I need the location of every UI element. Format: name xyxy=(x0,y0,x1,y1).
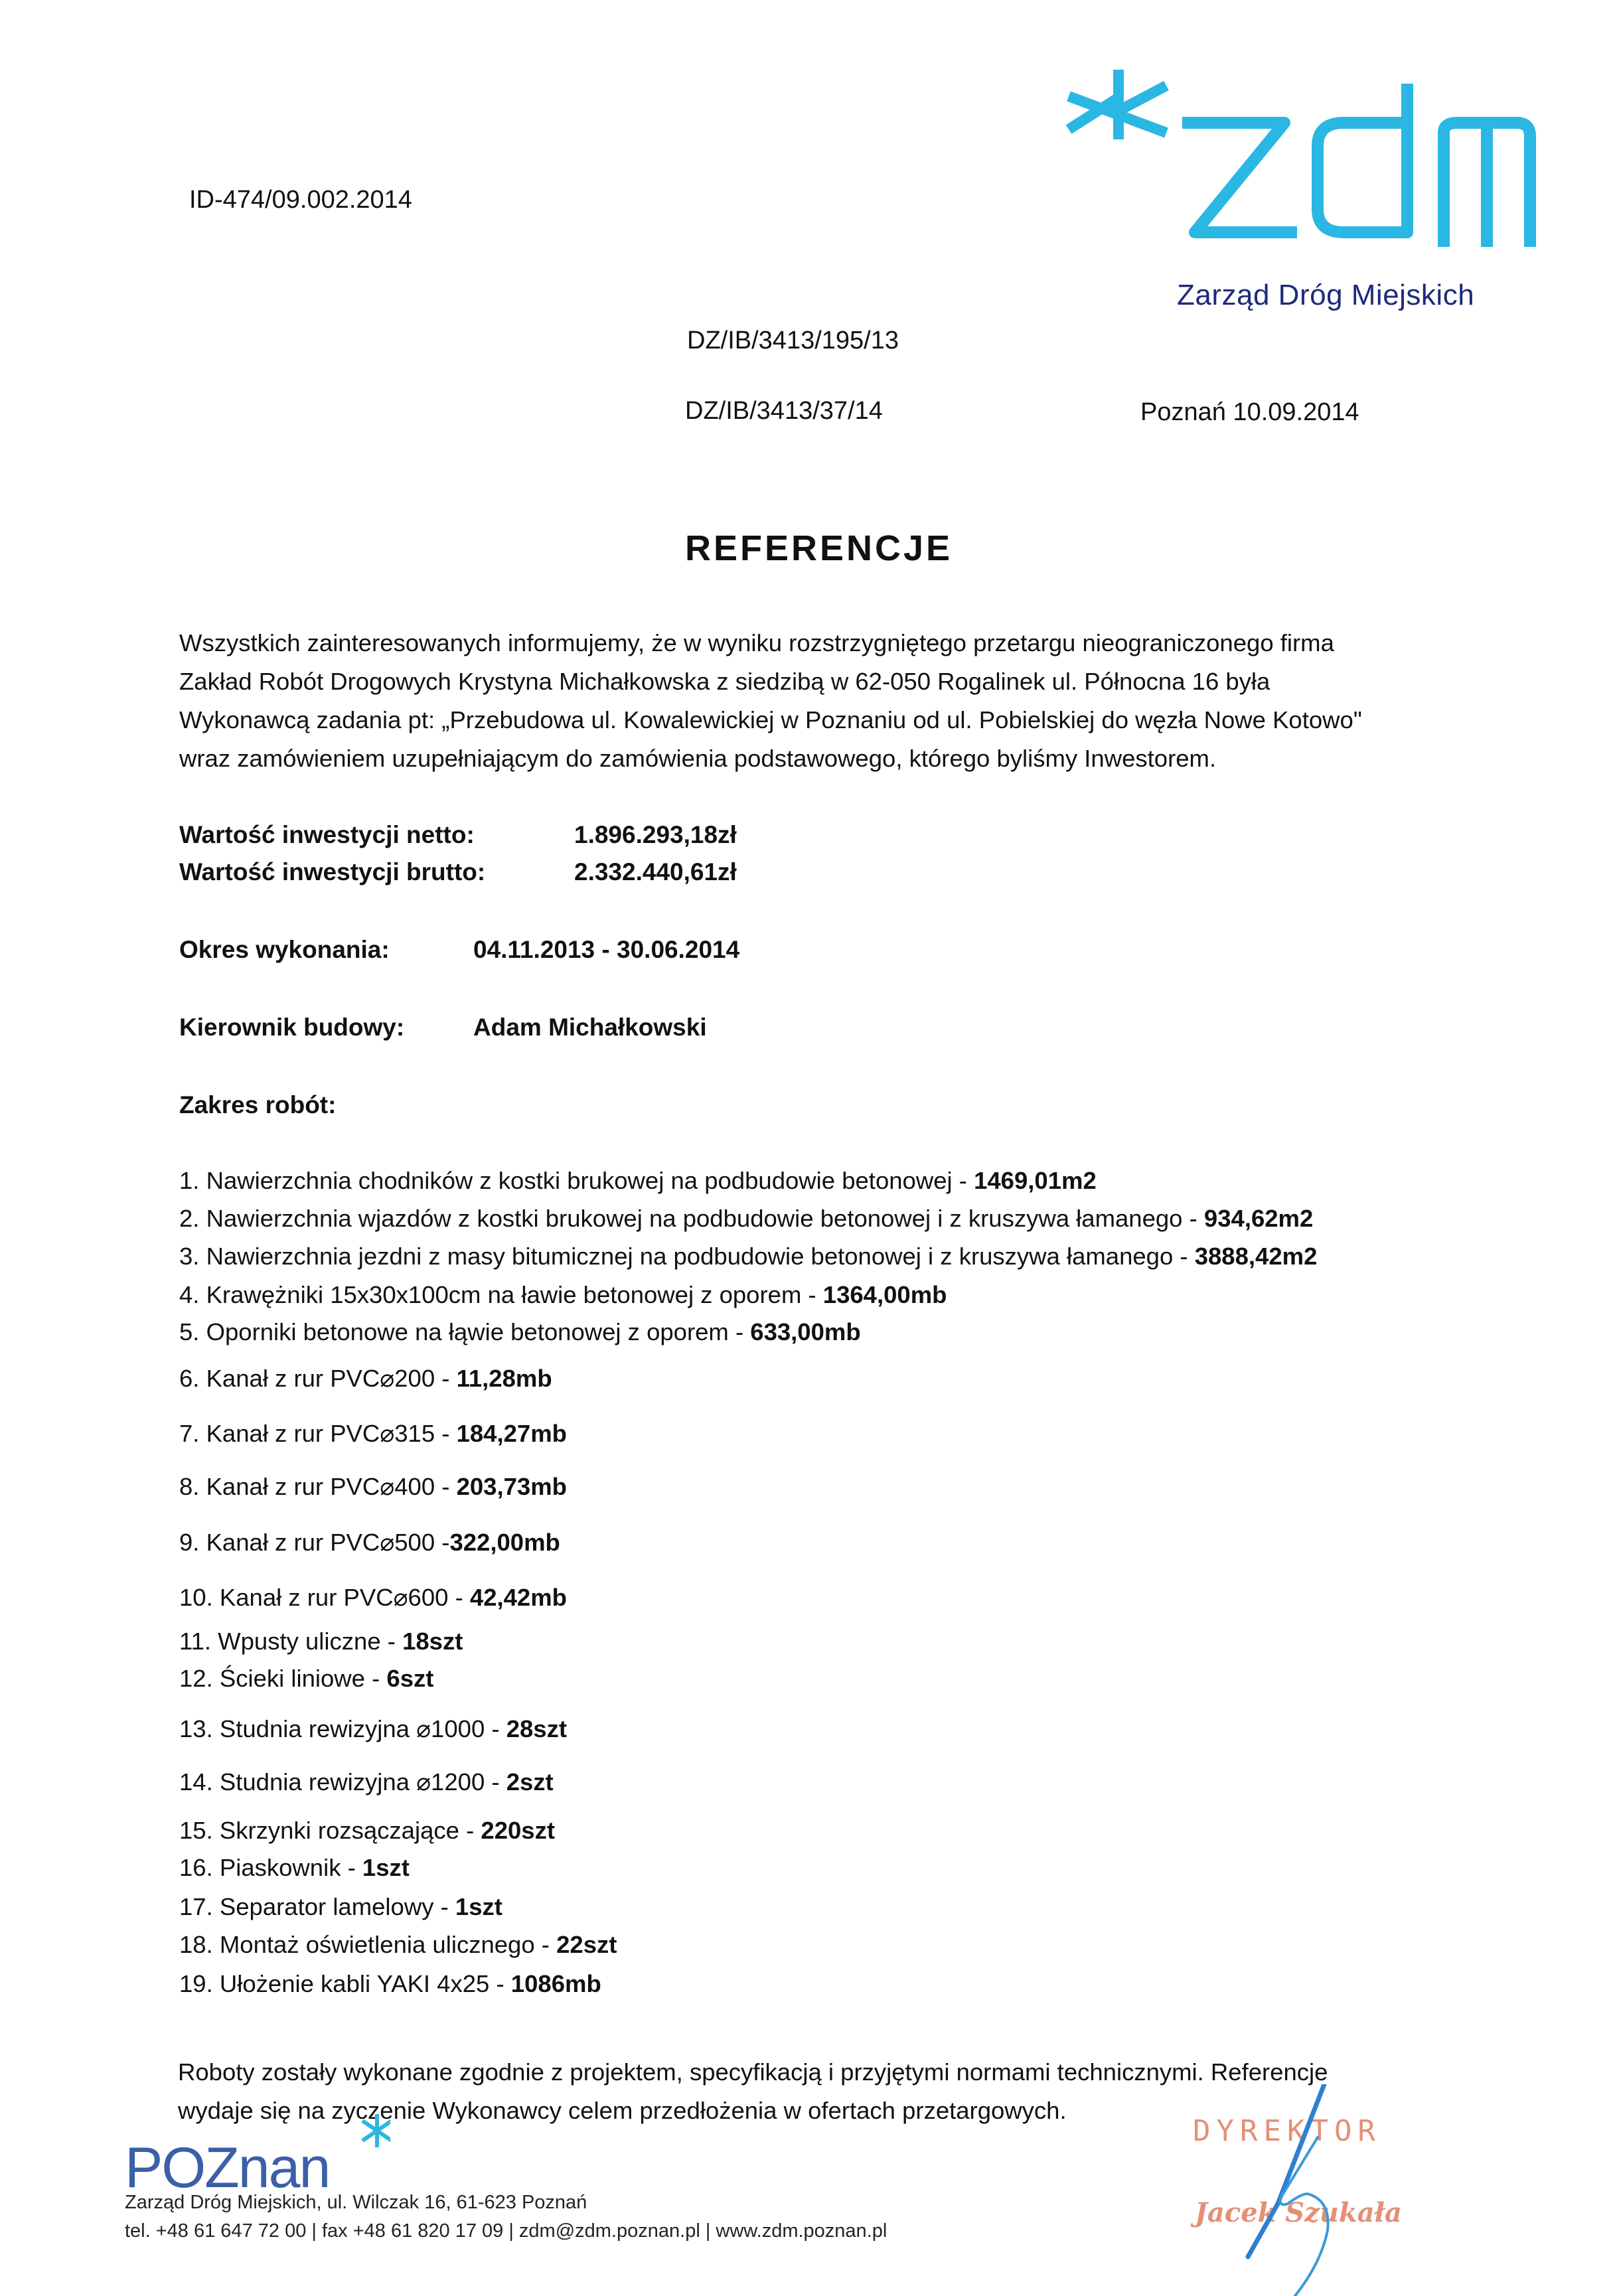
scope-item-text: 18. Montaż oświetlenia ulicznego - xyxy=(179,1931,556,1958)
intro-line: wraz zamówieniem uzupełniającym do zamów… xyxy=(179,739,1440,778)
intro-paragraph: Wszystkich zainteresowanych informujemy,… xyxy=(179,624,1440,778)
poznan-city-logo: POZnan xyxy=(125,2114,390,2194)
scope-item-text: 17. Separator lamelowy - xyxy=(179,1893,455,1920)
scope-item-text: 19. Ułożenie kabli YAKI 4x25 - xyxy=(179,1970,511,1997)
scope-item-text: 5. Oporniki betonowe na łąwie betonowej … xyxy=(179,1318,750,1345)
scope-item-quantity: 11,28mb xyxy=(457,1365,552,1392)
scope-item-quantity: 28szt xyxy=(506,1715,567,1742)
scope-item: 6. Kanał z rur PVC⌀200 - 11,28mb xyxy=(179,1364,552,1393)
scope-item-text: 15. Skrzynki rozsączające - xyxy=(179,1817,481,1844)
scope-item: 11. Wpusty uliczne - 18szt xyxy=(179,1628,463,1655)
intro-line: Zakład Robót Drogowych Krystyna Michałko… xyxy=(179,662,1440,701)
scope-item-text: 12. Ścieki liniowe - xyxy=(179,1665,386,1692)
scope-item-text: 2. Nawierzchnia wjazdów z kostki brukowe… xyxy=(179,1205,1204,1232)
scope-item-quantity: 18szt xyxy=(402,1628,463,1655)
scope-item: 19. Ułożenie kabli YAKI 4x25 - 1086mb xyxy=(179,1970,601,1998)
scope-item: 5. Oporniki betonowe na łąwie betonowej … xyxy=(179,1318,861,1346)
period-value: 04.11.2013 - 30.06.2014 xyxy=(473,936,739,964)
scope-item-text: 13. Studnia rewizyjna ⌀1000 - xyxy=(179,1715,506,1742)
zdm-logo xyxy=(1065,70,1537,249)
scope-item: 1. Nawierzchnia chodników z kostki bruko… xyxy=(179,1167,1097,1195)
signature xyxy=(1221,2084,1354,2296)
scope-item: 16. Piaskownik - 1szt xyxy=(179,1854,410,1882)
scope-item-quantity: 1szt xyxy=(455,1893,502,1920)
scope-item: 17. Separator lamelowy - 1szt xyxy=(179,1893,502,1921)
scope-item: 10. Kanał z rur PVC⌀600 - 42,42mb xyxy=(179,1583,567,1612)
scope-item-quantity: 934,62m2 xyxy=(1204,1205,1313,1232)
brutto-value: 2.332.440,61zł xyxy=(574,858,737,886)
scope-item-quantity: 1086mb xyxy=(511,1970,601,1997)
intro-line: Wszystkich zainteresowanych informujemy,… xyxy=(179,624,1440,662)
place-date: Poznań 10.09.2014 xyxy=(1140,398,1359,427)
scope-item-quantity: 2szt xyxy=(506,1768,554,1796)
scope-item: 14. Studnia rewizyjna ⌀1200 - 2szt xyxy=(179,1768,554,1796)
reference-number: DZ/IB/3413/37/14 xyxy=(685,397,883,425)
period-label: Okres wykonania: xyxy=(179,936,390,964)
svg-text:POZnan: POZnan xyxy=(125,2136,329,2194)
footer-address: Zarząd Dróg Miejskich, ul. Wilczak 16, 6… xyxy=(125,2192,587,2214)
scope-item-quantity: 1szt xyxy=(362,1854,410,1881)
asterisk-icon xyxy=(362,2114,390,2147)
scope-item-text: 1. Nawierzchnia chodników z kostki bruko… xyxy=(179,1167,974,1194)
scope-item: 7. Kanał z rur PVC⌀315 - 184,27mb xyxy=(179,1419,567,1448)
scope-item-quantity: 633,00mb xyxy=(750,1318,860,1345)
scope-item-text: 7. Kanał z rur PVC⌀315 - xyxy=(179,1420,457,1447)
scope-item: 12. Ścieki liniowe - 6szt xyxy=(179,1665,433,1693)
manager-value: Adam Michałkowski xyxy=(473,1014,707,1041)
scope-item-quantity: 322,00mb xyxy=(449,1529,560,1556)
scope-item-quantity: 203,73mb xyxy=(457,1473,567,1500)
scope-item-quantity: 1364,00mb xyxy=(823,1281,947,1308)
document-title: REFERENCJE xyxy=(685,528,953,569)
scope-item-quantity: 42,42mb xyxy=(470,1584,567,1611)
asterisk-icon xyxy=(1069,70,1166,139)
brutto-label: Wartość inwestycji brutto: xyxy=(179,858,485,886)
scope-item-quantity: 22szt xyxy=(556,1931,617,1958)
manager-label: Kierownik budowy: xyxy=(179,1014,404,1041)
scope-item-text: 4. Krawężniki 15x30x100cm na ławie beton… xyxy=(179,1281,823,1308)
logo-subtitle: Zarząd Dróg Miejskich xyxy=(1177,279,1474,312)
footer-contact: tel. +48 61 647 72 00 | fax +48 61 820 1… xyxy=(125,2220,887,2242)
scope-item: 13. Studnia rewizyjna ⌀1000 - 28szt xyxy=(179,1715,567,1743)
scope-item-text: 3. Nawierzchnia jezdni z masy bitumiczne… xyxy=(179,1243,1195,1270)
scope-item-quantity: 3888,42m2 xyxy=(1195,1243,1318,1270)
scope-item-text: 9. Kanał z rur PVC⌀500 - xyxy=(179,1529,449,1556)
scope-item: 3. Nawierzchnia jezdni z masy bitumiczne… xyxy=(179,1243,1317,1270)
scope-item: 2. Nawierzchnia wjazdów z kostki brukowe… xyxy=(179,1205,1313,1233)
scope-item-quantity: 6szt xyxy=(386,1665,433,1692)
netto-value: 1.896.293,18zł xyxy=(574,821,737,849)
scope-item-text: 10. Kanał z rur PVC⌀600 - xyxy=(179,1584,470,1611)
scope-item-text: 16. Piaskownik - xyxy=(179,1854,362,1881)
scope-item: 15. Skrzynki rozsączające - 220szt xyxy=(179,1817,555,1845)
scope-item: 18. Montaż oświetlenia ulicznego - 22szt xyxy=(179,1931,617,1959)
netto-label: Wartość inwestycji netto: xyxy=(179,821,475,849)
reference-number: DZ/IB/3413/195/13 xyxy=(687,327,899,355)
scope-item-text: 11. Wpusty uliczne - xyxy=(179,1628,402,1655)
scope-item-quantity: 184,27mb xyxy=(457,1420,567,1447)
scope-item-text: 8. Kanał z rur PVC⌀400 - xyxy=(179,1473,457,1500)
document-id: ID-474/09.002.2014 xyxy=(189,186,412,214)
scope-item-quantity: 1469,01m2 xyxy=(974,1167,1097,1194)
scope-label: Zakres robót: xyxy=(179,1091,336,1119)
scope-item-text: 14. Studnia rewizyjna ⌀1200 - xyxy=(179,1768,506,1796)
scope-item: 4. Krawężniki 15x30x100cm na ławie beton… xyxy=(179,1281,947,1309)
scope-item-text: 6. Kanał z rur PVC⌀200 - xyxy=(179,1365,457,1392)
scope-item: 9. Kanał z rur PVC⌀500 -322,00mb xyxy=(179,1528,560,1557)
scope-item-quantity: 220szt xyxy=(481,1817,555,1844)
scope-item: 8. Kanał z rur PVC⌀400 - 203,73mb xyxy=(179,1472,567,1501)
intro-line: Wykonawcą zadania pt: „Przebudowa ul. Ko… xyxy=(179,701,1440,739)
